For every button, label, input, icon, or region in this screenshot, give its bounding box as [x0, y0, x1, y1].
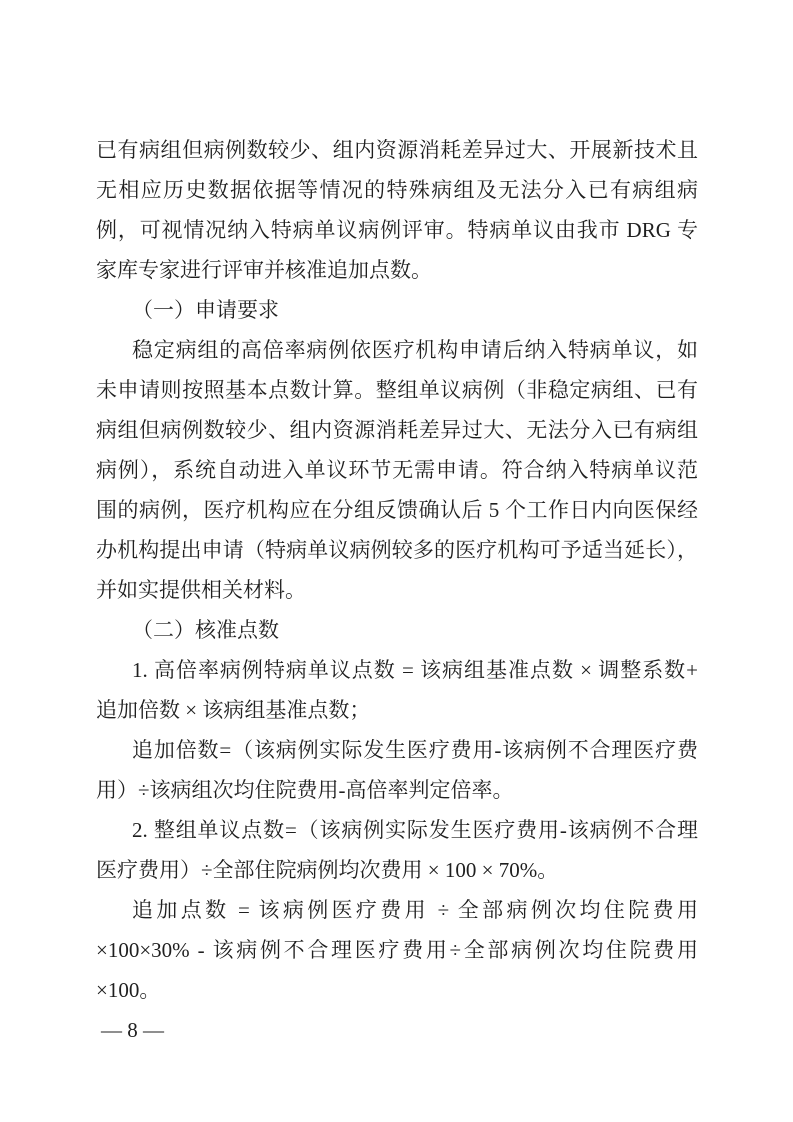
text-line: 病例），系统自动进入单议环节无需申请。符合纳入特病单议范 [96, 450, 698, 490]
formula-line: 2. 整组单议点数=（该病例实际发生医疗费用-该病例不合理 [96, 810, 698, 850]
text-line: 未申请则按照基本点数计算。整组单议病例（非稳定病组、已有 [96, 370, 698, 410]
page-background: 已有病组但病例数较少、组内资源消耗差异过大、开展新技术且 无相应历史数据依据等情… [0, 0, 793, 1122]
text-line: 并如实提供相关材料。 [96, 570, 698, 610]
section-heading: （二）核准点数 [96, 610, 698, 650]
text-line: 稳定病组的高倍率病例依医疗机构申请后纳入特病单议，如 [96, 330, 698, 370]
formula-line: 追加点数 = 该病例医疗费用 ÷ 全部病例次均住院费用 [96, 890, 698, 930]
text-line: 病组但病例数较少、组内资源消耗差异过大、无法分入已有病组 [96, 410, 698, 450]
formula-line: ×100。 [96, 970, 698, 1010]
text-line: 例，可视情况纳入特病单议病例评审。特病单议由我市 DRG 专 [96, 210, 698, 250]
text-line: 无相应历史数据依据等情况的特殊病组及无法分入已有病组病 [96, 170, 698, 210]
document-page: { "colors": { "page_background": "#fffff… [0, 0, 793, 1122]
text-line: 已有病组但病例数较少、组内资源消耗差异过大、开展新技术且 [96, 130, 698, 170]
formula-line: 追加倍数 × 该病组基准点数； [96, 690, 698, 730]
formula-line: 追加倍数=（该病例实际发生医疗费用-该病例不合理医疗费 [96, 730, 698, 770]
document-body-text: 已有病组但病例数较少、组内资源消耗差异过大、开展新技术且 无相应历史数据依据等情… [96, 130, 698, 1010]
formula-line: 1. 高倍率病例特病单议点数 = 该病组基准点数 × 调整系数+ [96, 650, 698, 690]
formula-line: ×100×30% - 该病例不合理医疗费用÷全部病例次均住院费用 [96, 930, 698, 970]
text-line: 围的病例，医疗机构应在分组反馈确认后 5 个工作日内向医保经 [96, 490, 698, 530]
text-line: 办机构提出申请（特病单议病例较多的医疗机构可予适当延长）， [96, 530, 698, 570]
section-heading: （一）申请要求 [96, 290, 698, 330]
formula-line: 医疗费用）÷全部住院病例均次费用 × 100 × 70%。 [96, 850, 698, 890]
page-number: — 8 — [101, 1010, 164, 1050]
text-line: 家库专家进行评审并核准追加点数。 [96, 250, 698, 290]
formula-line: 用）÷该病组次均住院费用-高倍率判定倍率。 [96, 770, 698, 810]
